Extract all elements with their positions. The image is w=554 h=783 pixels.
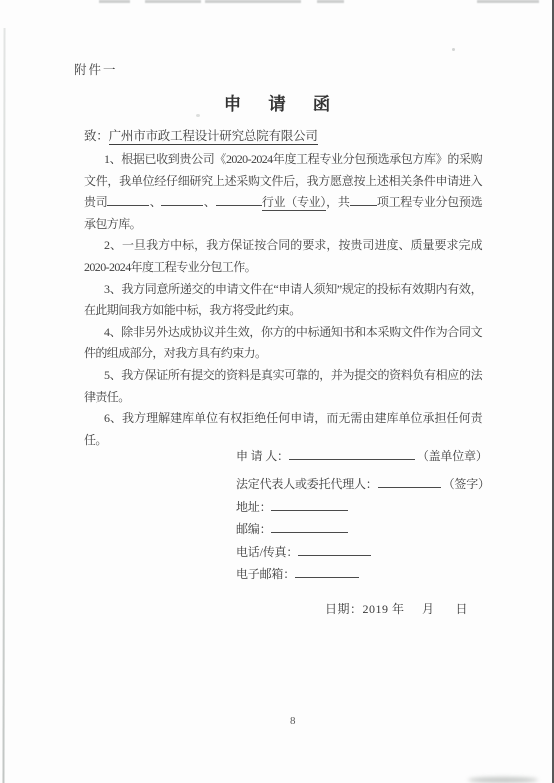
paragraph-1-separator: 、 — [149, 195, 161, 209]
blank-line — [161, 194, 203, 206]
document-page: 附件一 申请函 致：广州市市政工程设计研究总院有限公司 1、根据已收到贵公司《2… — [0, 0, 554, 783]
signature-form: 申 请 人：（盖单位章） 法定代表人或委托代理人：（签字） 地址： 邮编： 电话… — [236, 447, 490, 588]
phone-fax-label: 电话/传真： — [236, 545, 298, 559]
seal-note: （盖单位章） — [415, 449, 488, 463]
blank-line — [271, 521, 348, 533]
paragraph-4: 4、除非另外达成协议并生效，你方的中标通知书和本采购文件作为合同文件的组成部分，… — [84, 322, 482, 365]
email-label: 电子邮箱： — [236, 567, 295, 581]
date-line: 日期：2019 年 月 日 — [325, 600, 468, 617]
scan-bottom-right-smudge — [468, 777, 538, 783]
scan-top-smudge — [145, 0, 201, 3]
applicant-label: 申 请 人： — [236, 449, 289, 463]
page-number: 8 — [290, 715, 296, 727]
signature-note: （签字） — [441, 477, 490, 491]
phone-fax-row: 电话/传真： — [236, 543, 490, 566]
representative-row: 法定代表人或委托代理人：（签字） — [236, 475, 490, 498]
postcode-row: 邮编： — [236, 520, 490, 543]
blank-line — [216, 194, 262, 206]
paragraph-6: 6、我方理解建库单位有权拒绝任何申请，而无需由建库单位承担任何责任。 — [84, 408, 482, 451]
address-row: 地址： — [236, 498, 490, 521]
paragraph-1-text-b: ，共 — [326, 195, 349, 209]
representative-label: 法定代表人或委托代理人： — [236, 477, 378, 491]
letter-body: 1、根据已收到贵公司《2020-2024年度工程专业分包预选承包方库》的采购文件… — [84, 149, 482, 451]
paragraph-2: 2、一旦我方中标，我方保证按合同的要求，按贵司进度、质量要求完成2020-202… — [84, 235, 482, 278]
blank-line — [378, 476, 441, 488]
applicant-row: 申 请 人：（盖单位章） — [236, 447, 490, 470]
scan-top-smudge — [99, 0, 130, 3]
email-row: 电子邮箱： — [236, 565, 490, 588]
blank-line — [107, 194, 149, 206]
blank-line — [271, 499, 348, 511]
paragraph-3: 3、我方同意所递交的申请文件在“申请人须知”规定的投标有效期内有效，在此期间我方… — [84, 279, 482, 322]
industry-label: 行业（专业） — [262, 195, 327, 211]
scan-left-edge-line — [2, 28, 5, 783]
blank-line — [298, 544, 371, 556]
scan-top-smudge — [477, 0, 539, 3]
postcode-label: 邮编： — [236, 522, 271, 536]
paragraph-5: 5、我方保证所有提交的资料是真实可靠的，并为提交的资料负有相应的法律责任。 — [84, 365, 482, 408]
attachment-label: 附件一 — [74, 60, 118, 78]
salutation-line: 致：广州市市政工程设计研究总院有限公司 — [84, 126, 494, 144]
blank-line — [350, 194, 377, 206]
address-label: 地址： — [236, 500, 271, 514]
paragraph-1-separator: 、 — [203, 195, 215, 209]
blank-line — [295, 566, 359, 578]
scan-top-smudge — [317, 0, 344, 3]
document-title: 申请函 — [0, 91, 554, 116]
salutation-prefix: 致： — [84, 129, 109, 143]
company-name: 广州市市政工程设计研究总院有限公司 — [109, 129, 318, 145]
scan-speck — [452, 48, 455, 51]
paragraph-1: 1、根据已收到贵公司《2020-2024年度工程专业分包预选承包方库》的采购文件… — [84, 149, 482, 235]
blank-line — [289, 448, 415, 460]
scan-top-smudge — [205, 0, 301, 3]
